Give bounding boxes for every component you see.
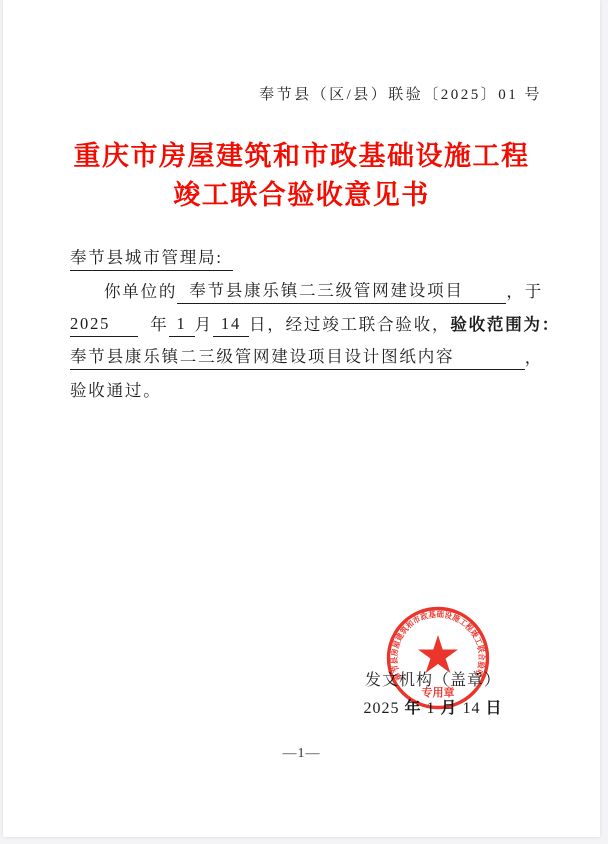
seal-star-icon [418, 635, 458, 673]
document-title-line1: 重庆市房屋建筑和市政基础设施工程 [3, 137, 600, 176]
body-line-scope: 奉节县康乐镇二三级管网建设项目设计图纸内容 ， [70, 337, 543, 370]
body-line-date: 2025 年 1 月 14 日，经过竣工联合验收， 验收范围为： [70, 304, 543, 337]
after-project-text: ，于 [506, 279, 543, 304]
scope-value: 奉节县康乐镇二三级管网建设项目设计图纸内容 [70, 347, 454, 366]
seal-center-text: 专用章 [422, 685, 455, 699]
year-field: 2025 [70, 311, 138, 337]
intro-text: 你单位的 [104, 279, 177, 304]
addressee: 奉节县城市管理局: [70, 245, 233, 271]
project-name-field: 奉节县康乐镇二三级管网建设项目 [177, 278, 506, 304]
month-field: 1 [169, 311, 195, 337]
letter-body: 奉节县城市管理局: 你单位的 奉节县康乐镇二三级管网建设项目 ，于 2025 年… [70, 238, 543, 403]
document-page: 奉节县（区/县）联验〔2025〕01 号 重庆市房屋建筑和市政基础设施工程 竣工… [3, 0, 600, 837]
project-name-value: 奉节县康乐镇二三级管网建设项目 [189, 281, 464, 300]
seal-graphic: 奉节县房屋建筑和市政基础设施工程竣工联合验收 专用章 [384, 604, 492, 712]
doc-number: 奉节县（区/县）联验〔2025〕01 号 [259, 83, 542, 104]
day-after-text: 日，经过竣工联合验收， [249, 312, 450, 337]
page-number: —1— [3, 746, 600, 762]
conclusion-text: 验收通过。 [70, 378, 162, 403]
scope-comma: ， [525, 345, 543, 370]
document-title-line2: 竣工联合验收意见书 [3, 176, 600, 215]
year-unit: 年 [150, 312, 168, 337]
document-title: 重庆市房屋建筑和市政基础设施工程 竣工联合验收意见书 [3, 137, 600, 215]
official-seal-stamp: 奉节县房屋建筑和市政基础设施工程竣工联合验收 专用章 [384, 604, 492, 712]
scope-label: 验收范围为： [450, 312, 560, 337]
day-field: 14 [213, 311, 249, 337]
body-line-conclusion: 验收通过。 [70, 370, 543, 403]
scope-value-field: 奉节县康乐镇二三级管网建设项目设计图纸内容 [70, 344, 525, 370]
addressee-line: 奉节县城市管理局: [70, 238, 543, 271]
month-unit: 月 [195, 312, 213, 337]
body-line-project: 你单位的 奉节县康乐镇二三级管网建设项目 ，于 [70, 271, 543, 304]
